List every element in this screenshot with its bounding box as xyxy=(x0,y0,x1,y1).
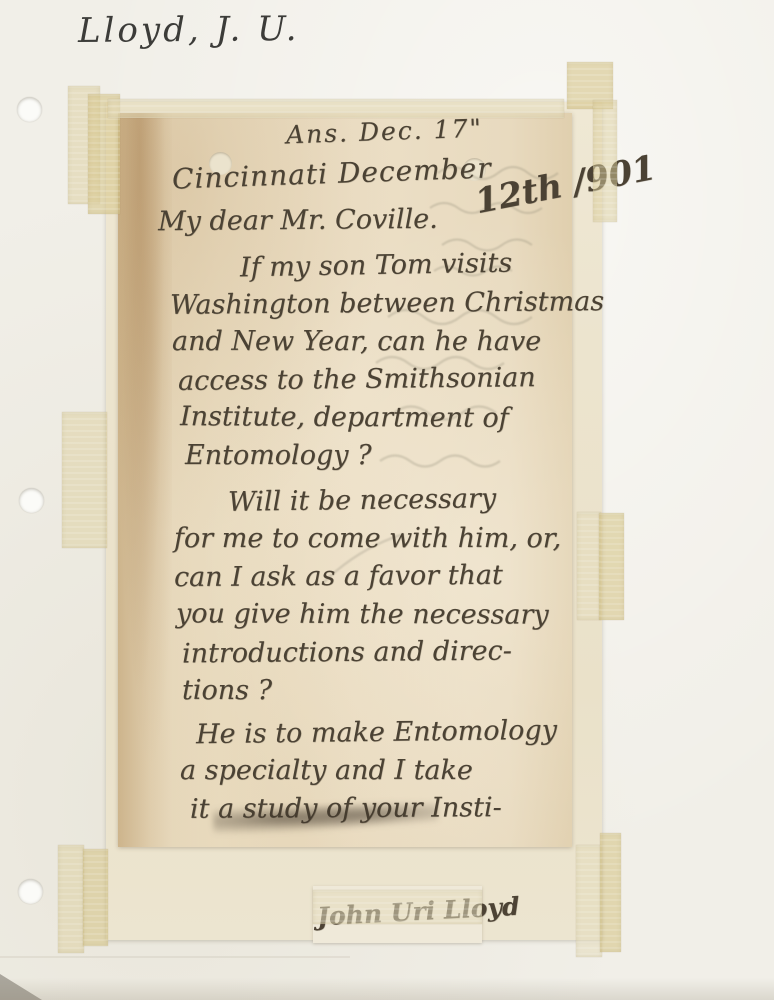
punch-hole-bottom xyxy=(18,879,43,904)
letter-line: Washington between Christmas xyxy=(170,286,604,321)
tape-strip xyxy=(599,513,624,620)
tape-strip xyxy=(62,412,107,548)
letter-line: for me to come with him, or, xyxy=(174,523,561,554)
letter-line: access to the Smithsonian xyxy=(178,362,536,397)
dateline-date: 12th /901 xyxy=(472,148,659,222)
answered-note: Ans. Dec. 17" xyxy=(286,114,484,150)
tape-strip xyxy=(313,890,482,924)
tape-strip xyxy=(600,833,621,952)
tape-strip xyxy=(58,845,84,953)
letter-line: a specialty and I take xyxy=(180,755,473,786)
letter-line: tions ? xyxy=(182,675,272,706)
letter-line: Will it be necessary xyxy=(228,483,497,518)
tape-strip xyxy=(593,100,617,222)
letter-line: you give him the necessary xyxy=(176,598,549,630)
tape-strip xyxy=(83,849,108,946)
archive-label: Lloyd, J. U. xyxy=(78,9,300,51)
letter-line: If my son Tom visits xyxy=(240,248,513,284)
punch-hole-middle xyxy=(19,488,44,513)
paper-crease xyxy=(0,956,350,958)
letter-line: Entomology ? xyxy=(185,440,372,471)
letter-line: introductions and direc- xyxy=(182,636,512,670)
letter-line: can I ask as a favor that xyxy=(174,560,503,593)
salutation: My dear Mr. Coville. xyxy=(158,204,438,237)
letter-sheet: Ans. Dec. 17" Cincinnati December 12th /… xyxy=(118,113,572,847)
scanned-album-page: Lloyd, J. U. Ans. xyxy=(0,0,774,1000)
tape-strip xyxy=(576,845,602,957)
tape-strip xyxy=(108,99,564,118)
letter-line: Institute, department of xyxy=(180,401,509,434)
scan-shadow xyxy=(0,978,774,1000)
punch-hole-top xyxy=(17,97,42,122)
letter-line: He is to make Entomology xyxy=(196,715,557,750)
letter-line: it a study of your Insti- xyxy=(190,792,502,825)
letter-line: and New Year, can he have xyxy=(172,326,541,357)
tape-strip xyxy=(577,512,601,620)
